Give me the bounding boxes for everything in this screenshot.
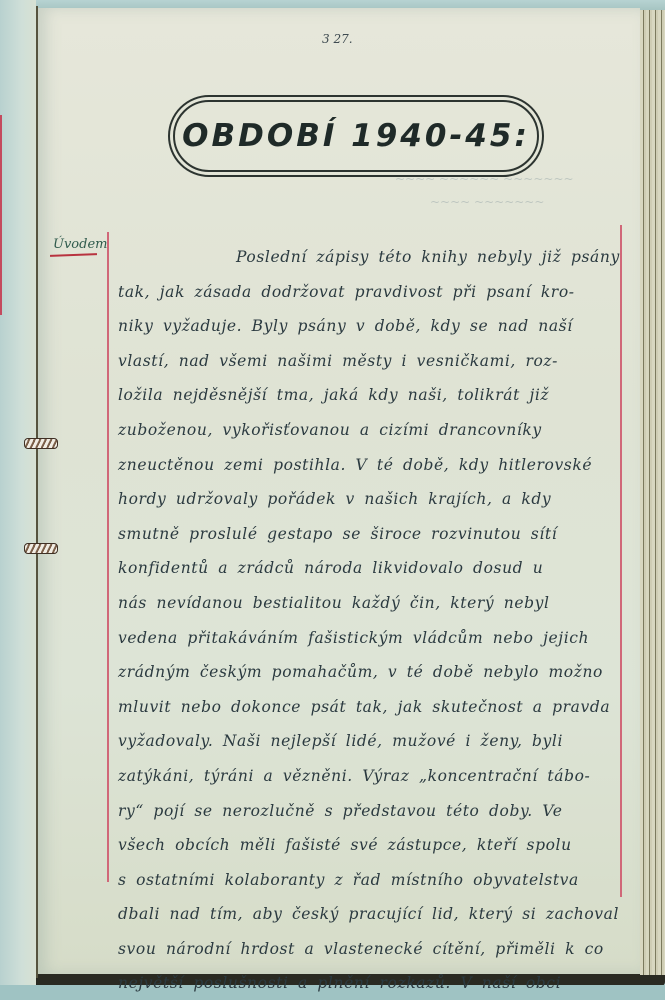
page-number: 3 27. — [322, 32, 353, 46]
previous-page-edge — [0, 0, 36, 985]
text-line: všech obcích měli fašisté své zástupce, … — [118, 828, 618, 863]
left-margin-rule — [107, 232, 109, 882]
text-line: s ostatními kolaboranty z řad místního o… — [118, 863, 618, 898]
text-line: mluvit nebo dokonce psát tak, jak skuteč… — [118, 690, 618, 725]
text-line: vedena přitakáváním fašistickým vládcům … — [118, 621, 618, 656]
text-line: tak, jak zásada dodržovat pravdivost při… — [118, 275, 618, 310]
text-line: vyžadovaly. Naši nejlepší lidé, mužové i… — [118, 724, 618, 759]
text-line: smutně proslulé gestapo se široce rozvin… — [118, 517, 618, 552]
text-line: hordy udržovaly pořádek v našich krajích… — [118, 482, 618, 517]
text-line: svou národní hrdost a vlastenecké cítění… — [118, 932, 618, 967]
text-line: Poslední zápisy této knihy nebyly již ps… — [118, 240, 618, 275]
margin-note: Úvodem — [53, 237, 107, 252]
text-line: nás nevídanou bestialitou každý čin, kte… — [118, 586, 618, 621]
text-line: vlastí, nad všemi našimi městy i vesničk… — [118, 344, 618, 379]
page-title: OBDOBÍ 1940-45: — [170, 97, 542, 175]
text-line: zneuctěnou zemi postihla. V té době, kdy… — [118, 448, 618, 483]
text-line: zuboženou, vykořisťovanou a cizími dranc… — [118, 413, 618, 448]
text-line: největší poslušnosti a plnění rozkazů. V… — [118, 966, 618, 1000]
text-line: konfidentů a zrádců národa likvidovalo d… — [118, 551, 618, 586]
text-line: niky vyžaduje. Byly psány v době, kdy se… — [118, 309, 618, 344]
text-line: dbali nad tím, aby český pracující lid, … — [118, 897, 618, 932]
binding-thread-icon — [24, 543, 58, 554]
text-line: zatýkáni, týráni a vězněni. Výraz „konce… — [118, 759, 618, 794]
handwritten-text-block: Poslední zápisy této knihy nebyly již ps… — [118, 240, 618, 1000]
bleed-through-text: ~~~~ ~~~~~~~ — [430, 195, 544, 209]
right-margin-rule — [620, 225, 622, 897]
previous-page-red-rule — [0, 115, 2, 315]
page-stack-edges — [640, 10, 665, 975]
text-line: zrádným českým pomahačům, v té době neby… — [118, 655, 618, 690]
title-frame: OBDOBÍ 1940-45: — [168, 95, 544, 177]
text-line: ložila nejděsnější tma, jaká kdy naši, t… — [118, 378, 618, 413]
bleed-through-text: ~~~~ ~~~~~~ ~~~~~~~ — [395, 172, 574, 186]
text-line: ry“ pojí se nerozlučně s představou této… — [118, 794, 618, 829]
binding-thread-icon — [24, 438, 58, 449]
